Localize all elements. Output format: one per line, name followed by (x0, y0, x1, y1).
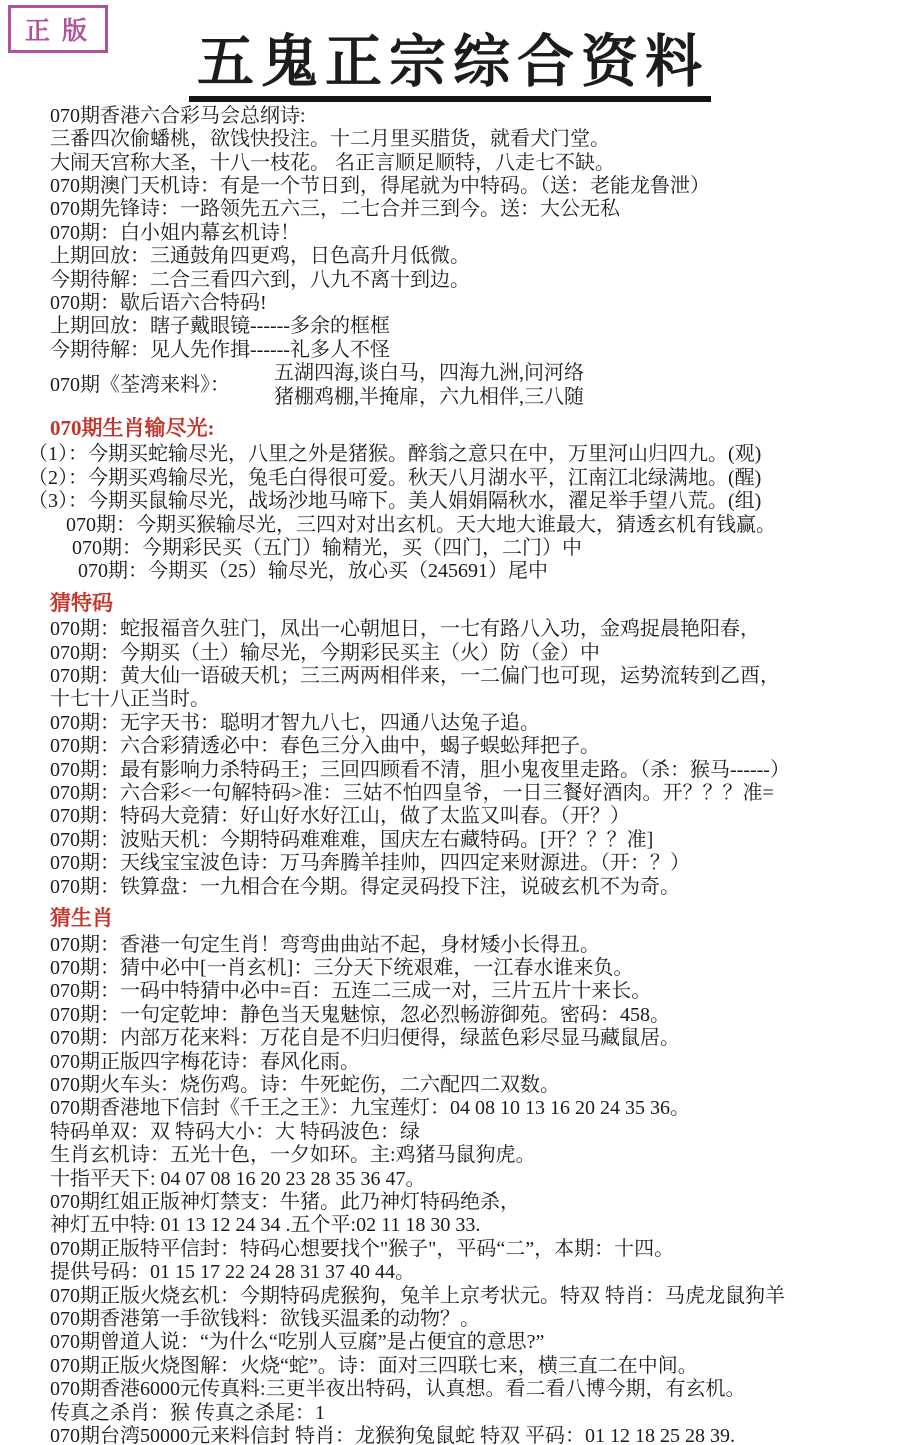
text-line: 070期火车头：烧伤鸡。诗：牛死蛇伤，二六配四二双数。 (50, 1074, 892, 1097)
text-line-composite: 070期《荃湾来料》：五湖四海,谈白马，四海九洲,问河络猪棚鸡棚,半掩扉，六九相… (50, 362, 892, 409)
text-line: 070期先锋诗：一路领先五六三，二七合并三到今。送：大公无私 (50, 198, 892, 221)
text-line: 生肖玄机诗：五光十色，一夕如环。主:鸡猪马鼠狗虎。 (50, 1144, 892, 1167)
text-line: 提供号码：01 15 17 22 24 28 31 37 40 44。 (50, 1261, 892, 1284)
page-title: 五鬼正宗综合资料 (189, 32, 711, 102)
text-line: 070期香港六合彩马会总纲诗: (50, 105, 892, 128)
lottery-info-sheet: 正版 五鬼正宗综合资料 070期香港六合彩马会总纲诗:三番四次偷蟠桃，欲饯快投注… (0, 0, 900, 1445)
text-line: 猪棚鸡棚,半掩扉，六九相伴,三八随 (274, 386, 584, 409)
section-header: 猜生肖 (50, 907, 892, 930)
text-line: 大闹天宫称大圣，十八一枝花。 名正言顺足顺特，八走七不缺。 (50, 152, 892, 175)
text-line: 070期：最有影响力杀特码王；三回四顾看不清，胆小鬼夜里走路。（杀：猴马----… (50, 759, 892, 782)
text-line: 070期：无字天书：聪明才智九八七，四通八达兔子追。 (50, 712, 892, 735)
text-line: 070期曾道人说：“为什么“吃别人豆腐”是占便宜的意思?” (50, 1331, 892, 1354)
text-line: （2）：今期买鸡输尽光，兔毛白得很可爱。秋天八月湖水平，江南江北绿满地。(醒) (28, 467, 892, 490)
text-line: 特码单双：双 特码大小：大 特码波色：绿 (50, 1121, 892, 1144)
text-line: 十指平天下: 04 07 08 16 20 23 28 35 36 47。 (50, 1168, 892, 1191)
text-line: 070期：白小姐内幕玄机诗！ (50, 222, 892, 245)
text-line: 神灯五中特: 01 13 12 24 34 .五个平:02 11 18 30 3… (50, 1214, 892, 1237)
text-line: 070期：波贴天机：今期特码难难难，国庆左右藏特码。[开？？？准] (50, 829, 892, 852)
text-line: 070期正版四字梅花诗：春风化雨。 (50, 1051, 892, 1074)
title-row: 五鬼正宗综合资料 (0, 0, 900, 102)
text-line: 070期：黄大仙一语破天机；三三两两相伴来，一二偏门也可现，运势流转到乙酉， (50, 665, 892, 688)
text-line: 070期：六合彩猜透必中：春色三分入曲中，蝎子蜈蚣拜把子。 (50, 735, 892, 758)
text-line: 070期：蛇报福音久驻门，凤出一心朝旭日，一七有路八入功，金鸡捉晨艳阳春， (50, 618, 892, 641)
text-line: 070期正版火烧玄机：今期特码虎猴狗，兔羊上京考状元。特双 特肖：马虎龙鼠狗羊 (50, 1285, 892, 1308)
text-line: 070期香港第一手欲钱料：欲钱买温柔的动物？。 (50, 1308, 892, 1331)
text-line: 070期：铁算盘：一九相合在今期。得定灵码投下注，说破玄机不为奇。 (50, 876, 892, 899)
text-line: （1）：今期买蛇输尽光，八里之外是猪猴。醉翁之意只在中，万里河山归四九。(观) (28, 443, 892, 466)
text-line: 070期：六合彩<一句解特码>准：三姑不怕四皇爷，一日三餐好酒肉。开？？？准= (50, 782, 892, 805)
text-line: 070期：天线宝宝波色诗：万马奔腾羊挂帅，四四定来财源进。（开：？） (50, 852, 892, 875)
section-header: 070期生肖输尽光: (50, 417, 892, 440)
content: 070期香港六合彩马会总纲诗:三番四次偷蟠桃，欲饯快投注。十二月里买腊货，就看犬… (0, 105, 900, 1445)
text-line: 070期：内部万花来料：万花自是不归归便得，绿蓝色彩尽显马藏鼠居。 (50, 1027, 892, 1050)
text-line: 三番四次偷蟠桃，欲饯快投注。十二月里买腊货，就看犬门堂。 (50, 128, 892, 151)
text-line: 五湖四海,谈白马，四海九洲,问河络 (274, 362, 584, 385)
text-line: 070期：香港一句定生肖！弯弯曲曲站不起，身材矮小长得丑。 (50, 934, 892, 957)
text-line: 070期正版火烧图解：火烧“蛇”。诗：面对三四联七来，横三直二在中间。 (50, 1355, 892, 1378)
text-line: 070期红姐正版神灯禁支：牛猪。此乃神灯特码绝杀， (50, 1191, 892, 1214)
text-line: 070期：一句定乾坤：静色当天鬼魅惊，忽必烈畅游御苑。密码：458。 (50, 1004, 892, 1027)
text-line: 今期待解：见人先作揖------礼多人不怪 (50, 339, 892, 362)
text-line: 070期香港6000元传真料:三更半夜出特码，认真想。看二看八博今期，有玄机。 (50, 1378, 892, 1401)
line-label: 070期《荃湾来料》： (50, 374, 230, 397)
text-line: 070期：今期买（土）输尽光，今期彩民买主（火）防（金）中 (50, 642, 892, 665)
text-line: 十七十八正当时。 (50, 688, 892, 711)
text-line: 传真之杀肖：猴 传真之杀尾：1 (50, 1402, 892, 1425)
text-line: 070期：猜中必中[一肖玄机]：三分天下统艰难，一江春水谁来负。 (50, 957, 892, 980)
text-line: （3）：今期买鼠输尽光，战场沙地马啼下。美人娟娟隔秋水，濯足举手望八荒。(组) (28, 490, 892, 513)
text-line: 070期：歇后语六合特码! (50, 292, 892, 315)
text-line: 070期香港地下信封《千王之王》：九宝莲灯：04 08 10 13 16 20 … (50, 1097, 892, 1120)
text-line: 070期：今期买猴输尽光，三四对对出玄机。天大地大谁最大，猜透玄机有钱赢。 (50, 514, 892, 537)
text-line: 070期：特码大竞猜：好山好水好江山，做了太监又叫春。（开？） (50, 805, 892, 828)
authentic-badge: 正版 (8, 5, 108, 53)
line-right-block: 五湖四海,谈白马，四海九洲,问河络猪棚鸡棚,半掩扉，六九相伴,三八随 (274, 362, 584, 409)
text-line: 070期：一码中特猜中必中=百：五连二三成一对，三片五片十来长。 (50, 980, 892, 1003)
text-line: 070期：今期买（25）输尽光，放心买（245691）尾中 (50, 560, 892, 583)
text-line: 070期澳门天机诗：有是一个节日到，得尾就为中特码。（送：老能龙鲁泄） (50, 175, 892, 198)
text-line: 070期正版特平信封：特码心想要找个"猴子"，平码“二”，本期：十四。 (50, 1238, 892, 1261)
section-header: 猜特码 (50, 592, 892, 615)
text-line: 今期待解：二合三看四六到，八九不离十到边。 (50, 269, 892, 292)
text-line: 070期台湾50000元来料信封 特肖：龙猴狗兔鼠蛇 特双 平码：01 12 1… (50, 1425, 892, 1445)
text-line: 上期回放：三通鼓角四更鸡，日色高升月低微。 (50, 245, 892, 268)
text-line: 上期回放：瞎子戴眼镜------多余的框框 (50, 315, 892, 338)
text-line: 070期：今期彩民买（五门）输精光，买（四门，二门）中 (50, 537, 892, 560)
